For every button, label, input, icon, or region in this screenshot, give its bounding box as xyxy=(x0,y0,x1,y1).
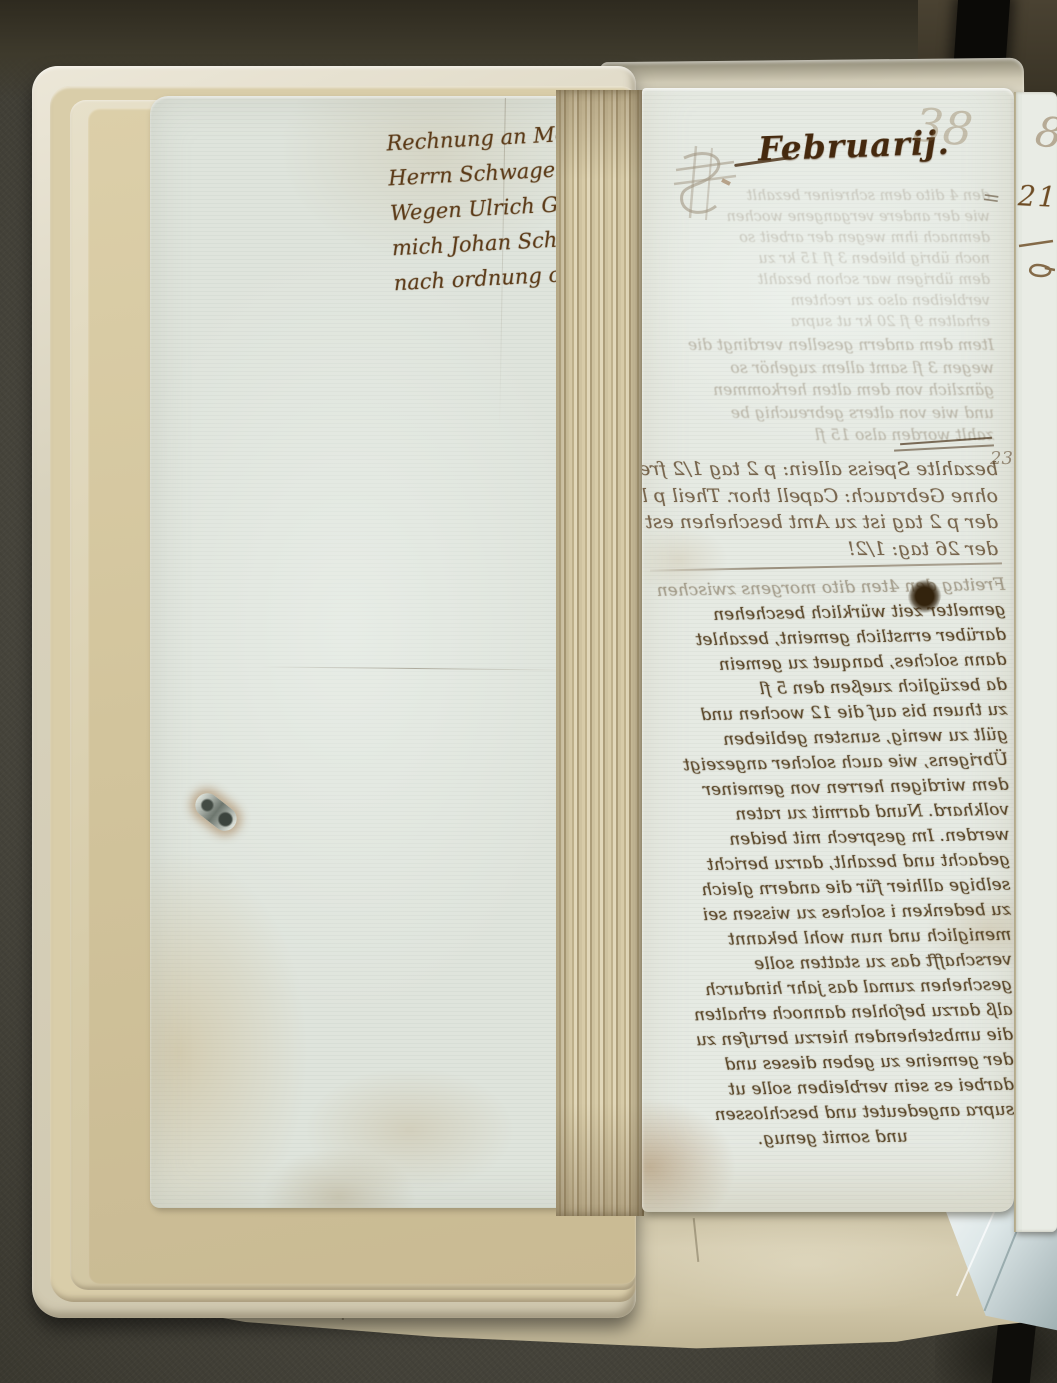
crease-line xyxy=(260,666,570,670)
handwritten-line: dem übrigen war schon bezahlt xyxy=(672,270,990,291)
handwritten-line: ohne Gebrauch: Capell thor. Theil p lime xyxy=(656,483,998,510)
handwritten-line: wie der andere vergangene wochen xyxy=(672,207,990,228)
handwritten-line: der 26 tag: 1/2! xyxy=(656,536,998,563)
handwritten-line: den 4 dito dem schreiner bezahlt xyxy=(672,186,990,207)
handwritten-line: verbleiben also zu rechtem xyxy=(672,291,990,312)
ink-hole-blot xyxy=(190,788,241,835)
folio-number: 21 xyxy=(1017,179,1057,214)
bleedthrough-entry-block: bezahlte Speiss allein: p 2 tag 1/2 frei… xyxy=(656,456,998,562)
handwritten-line: und wie von alters gebreuchig be xyxy=(660,402,994,425)
left-page: Rechnung an Meinen Herrn Schwager Herrn … xyxy=(150,96,622,1208)
horizontal-rule xyxy=(650,562,1002,571)
right-page: Februarij. 38 = den 4 dito dem schreiner… xyxy=(642,88,1014,1212)
manuscript-photo: Rechnung an Meinen Herrn Schwager Herrn … xyxy=(0,0,1057,1383)
bleedthrough-block-top: den 4 dito dem schreiner bezahlt wie der… xyxy=(672,186,990,333)
next-folio-edge: 8 21 xyxy=(1014,92,1057,1232)
handwritten-line: der p 2 tag ist zu Amt beschehen est xyxy=(656,509,998,536)
handwritten-line: erhalten 9 fl 20 kr ut supra xyxy=(672,312,990,333)
main-text-block: Freitag den 4ten dito morgens zwischen g… xyxy=(642,573,1014,1154)
faded-page-number: 38 xyxy=(911,97,975,157)
handwritten-line: wegen 3 fl samt allem zugehör so xyxy=(660,357,994,380)
partial-numeral: 8 xyxy=(1032,106,1057,159)
handwritten-line: noch übrig blieben 3 fl 15 kr zu xyxy=(672,249,990,270)
handwritten-line: bezahlte Speiss allein: p 2 tag 1/2 frei xyxy=(656,456,998,483)
flourish-mark xyxy=(1017,238,1055,282)
gutter-fold xyxy=(556,90,644,1216)
handwritten-line: Item dem andern gesellen verdingt die xyxy=(660,334,994,357)
cover-edge-shadow xyxy=(992,1322,1036,1383)
handwritten-line: und somit genug. xyxy=(651,1123,1014,1154)
main-text-wrap: Freitag den 4ten dito morgens zwischen g… xyxy=(642,573,1014,1154)
handwritten-line: zahlt worden also 15 fl xyxy=(660,424,994,447)
bleedthrough-block-mid: Item dem andern gesellen verdingt die we… xyxy=(660,334,994,447)
handwritten-line: demnach ihm wegen der arbeit so xyxy=(672,228,990,249)
handwritten-line: gänzlich von dem alten herkommen xyxy=(660,379,994,402)
